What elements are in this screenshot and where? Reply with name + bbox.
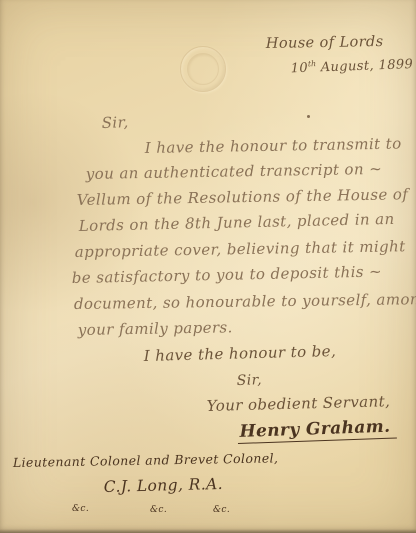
recipient-line: Lieutenant Colonel and Brevet Colonel, [13,450,279,470]
body-line: be satisfactory to you to deposit this ~ [72,263,383,287]
body-line: Vellum of the Resolutions of the House o… [77,185,409,209]
etc-mark: &c. [72,504,89,514]
letterhead-place: House of Lords [266,34,384,52]
closing-line: I have the honour to be, [144,342,337,365]
body-line: document, so honourable to yourself, amo… [74,290,416,313]
date-ordinal: th [308,59,316,68]
embossed-seal-inner-ring [187,53,219,85]
body-line: your family papers. [78,318,233,339]
body-line: Lords on the 8th June last, placed in an [79,210,395,235]
signature: Henry Graham. [237,416,397,444]
date-rest: August, 1899 [316,57,414,75]
letter-photograph: House of Lords 10th August, 1899 Sir, I … [0,0,416,533]
recipient-line: C.J. Long, R.A. [104,475,224,496]
closing-line: Sir, [236,372,262,389]
body-line: I have the honour to transmit to [145,135,402,157]
body-line: appropriate cover, believing that it mig… [75,237,406,261]
ink-spot [307,115,310,118]
embossed-seal-icon [180,46,226,92]
closing-line: Your obedient Servant, [207,392,391,415]
date-day: 10 [290,61,308,77]
body-line: you an authenticated transcript on ~ [86,160,383,183]
etc-mark: &c. [213,505,230,515]
letterhead-date: 10th August, 1899 [290,56,413,77]
etc-mark: &c. [150,505,167,515]
salutation: Sir, [101,113,129,132]
